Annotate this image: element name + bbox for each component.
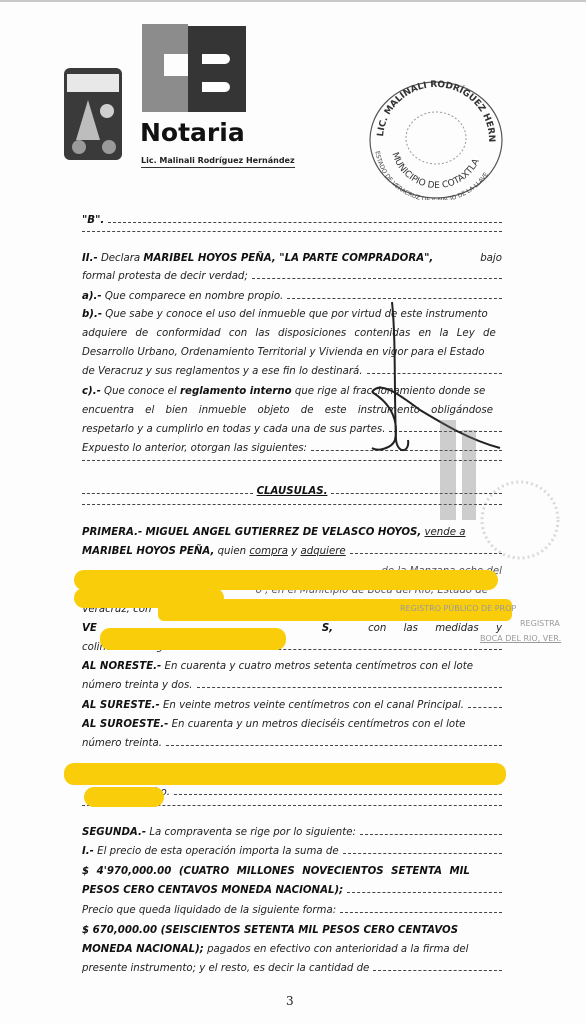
redaction-bar — [100, 628, 286, 650]
page-number: 3 — [286, 994, 294, 1008]
redaction-bar — [84, 787, 164, 807]
registry-stamp-line: BOCA DEL RIO, VER. — [480, 634, 561, 643]
lindero-sureste: AL SURESTE.- En veinte metros veinte cen… — [82, 697, 502, 715]
price-paid: $ 670,000.00 (SEISCIENTOS SETENTA MIL PE… — [82, 922, 502, 940]
item-a: a).- Que comparece en nombre propio. — [82, 288, 502, 306]
section-ii: II.- Declara MARIBEL HOYOS PEÑA, "LA PAR… — [82, 250, 502, 268]
item-c: c).- Que conoce el reglamento interno qu… — [82, 383, 502, 401]
clausulas-heading: CLAUSULAS. — [257, 486, 328, 497]
clause-segunda: SEGUNDA.- La compraventa se rige por lo … — [82, 824, 502, 842]
notaria-wordmark: Notaria — [140, 120, 250, 146]
lindero-suroeste: AL SUROESTE.- En cuarenta y un metros di… — [82, 716, 502, 734]
coat-of-arms-logo — [64, 68, 122, 160]
redaction-bar — [74, 570, 498, 590]
notary-seal: LIC. MALINALI RODRÍGUEZ HERNÁNDEZ MUNICI… — [365, 78, 507, 200]
svg-text:MUNICIPIO DE COTAXTLA: MUNICIPIO DE COTAXTLA — [389, 151, 482, 191]
registry-stamp-line: REGISTRA — [520, 619, 560, 628]
page-edge — [0, 0, 586, 2]
registry-stamp-line: REGISTRO PÚBLICO DE PROP — [400, 604, 516, 613]
notary-name: Lic. Malinali Rodríguez Hernández — [141, 156, 295, 168]
expuesto-text: Expuesto lo anterior, otorgan las siguie… — [82, 440, 502, 458]
clause-primera: PRIMERA.- MIGUEL ANGEL GUTIERREZ DE VELA… — [82, 524, 502, 542]
notaria-53-logo — [142, 22, 246, 114]
item-b: b).- Que sabe y conoce el uso del inmueb… — [82, 306, 502, 324]
svg-text:LIC. MALINALI RODRÍGUEZ HERNÁN: LIC. MALINALI RODRÍGUEZ HERNÁNDEZ — [365, 78, 496, 142]
price-total: $ 4'970,000.00 (CUATRO MILLONES NOVECIEN… — [82, 863, 502, 881]
lindero-noreste: AL NORESTE.- En cuarenta y cuatro metros… — [82, 658, 502, 676]
line-b: "B". — [82, 212, 104, 230]
redaction-bar — [64, 763, 506, 785]
